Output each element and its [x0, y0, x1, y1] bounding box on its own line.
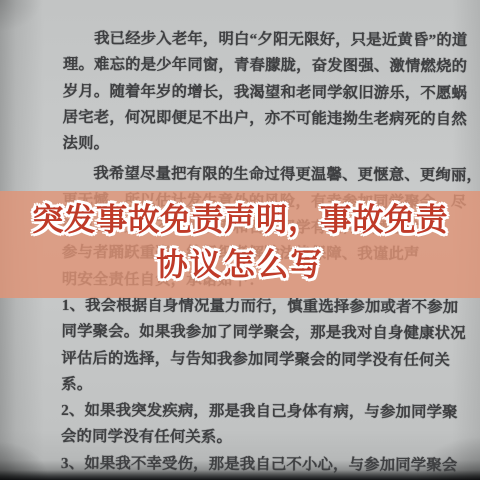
list-item-line: 评估后的选择，与告知我参加同学聚会的同学没有任何关: [61, 346, 453, 374]
headline-line-2: 协议怎么写: [0, 244, 480, 284]
document-line: 理。难忘的是少年同窗，青春朦胧，奋发图强、激情燃烧的: [63, 52, 455, 80]
document-line: 岁月。随着年岁的增长，我渴望和老同学叙旧游乐，不愿蜗: [63, 79, 455, 107]
document-line: 法则。: [62, 131, 454, 159]
document-line: 居宅老，何况即便足不出户，亦不可能违拗生老病死的自然: [63, 105, 455, 133]
headline-line-1: 突发事故免责声明，事故免责: [0, 196, 480, 242]
document-line: 我希望尽量把有限的生命过得更温馨、更惬意、更绚丽，: [62, 161, 454, 189]
list-item-line: 会的同学没有任何关系。: [61, 424, 453, 452]
screenshot-root: 我已经步入老年，明白“夕阳无限好，只是近黄昏”的道 理。难忘的是少年同窗，青春朦…: [0, 0, 480, 480]
list-item-line: 2、如果我突发疾病，那是我自己身体有病，与参加同学聚: [61, 398, 453, 426]
headline: 突发事故免责声明，事故免责 协议怎么写: [0, 196, 480, 284]
list-item-line: 3、如果我不幸受伤，那是我自己不小心，与参加同学聚会: [61, 451, 453, 479]
document-line: 我已经步入老年，明白“夕阳无限好，只是近黄昏”的道: [63, 26, 455, 54]
list-item-line: 系。: [61, 372, 453, 400]
list-item-line: 同学聚会。如果我参加了同学聚会，那是我对自身健康状况: [62, 319, 454, 347]
